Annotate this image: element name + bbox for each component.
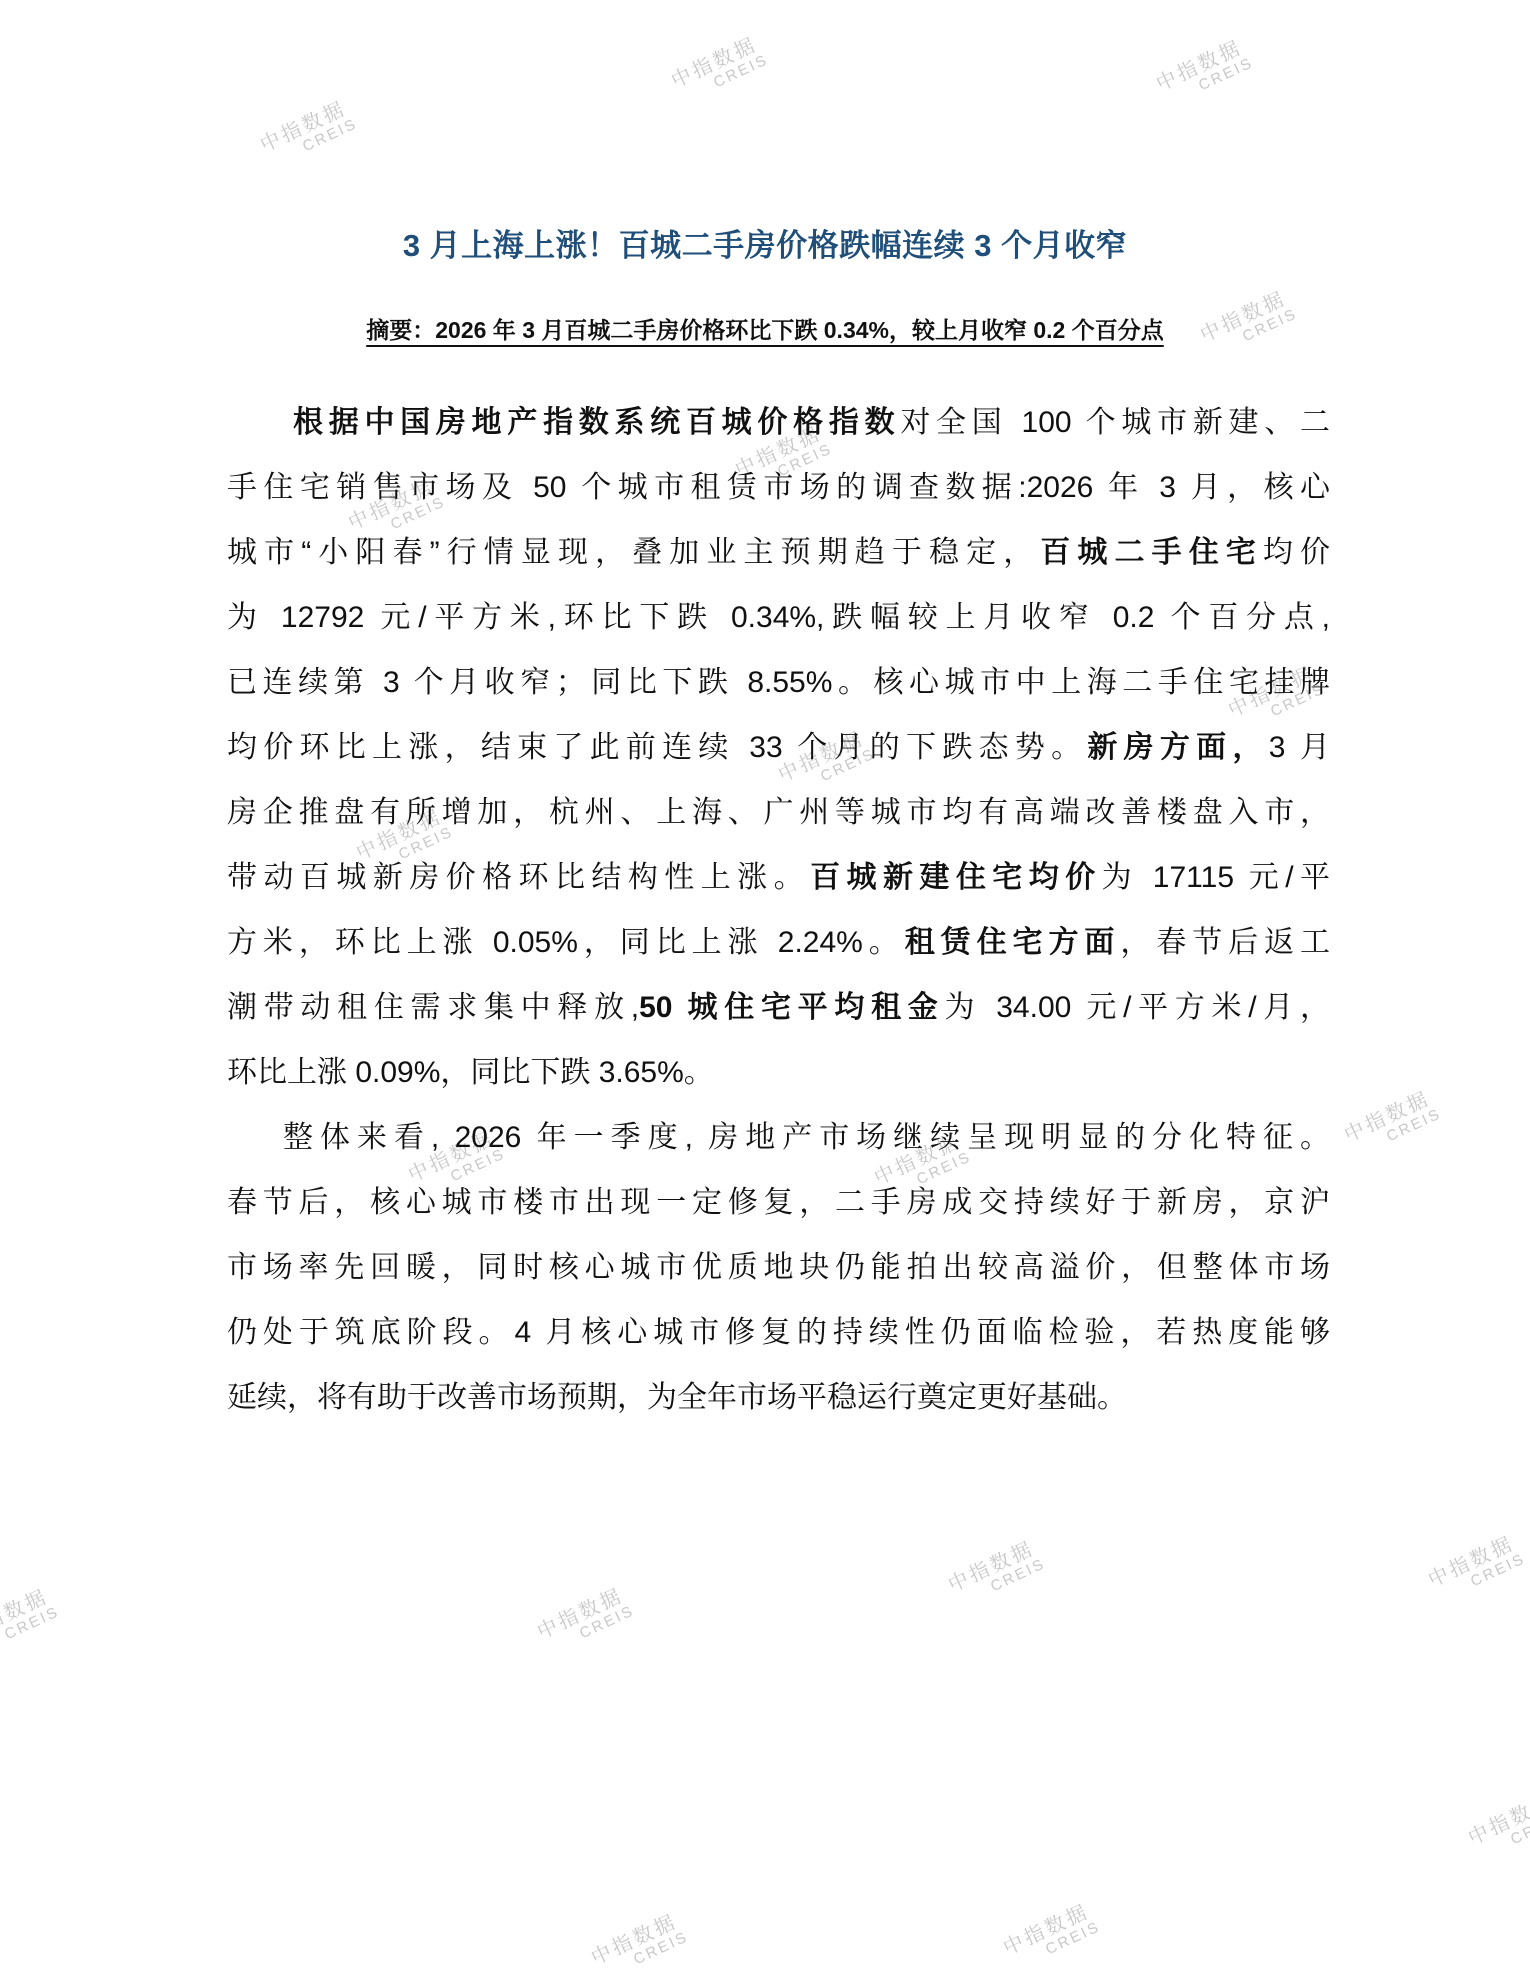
body-text-bold: 新房方面， <box>1087 731 1268 764</box>
body-text: 均价环比上涨，结束了此前连续 33 个月的下跌态势。 <box>227 731 1087 764</box>
watermark-text-en: CREIS <box>1469 1551 1529 1591</box>
creis-watermark: 中指数据CREIS <box>1341 1088 1441 1162</box>
body-text-bold: 百城新建住宅均价 <box>810 861 1102 894</box>
creis-watermark: 中指数据CREIS <box>257 98 357 172</box>
watermark-text-en: CREIS <box>578 1603 638 1643</box>
body-text: 市场率先回暖，同时核心城市优质地块仍能拍出较高溢价，但整体市场 <box>227 1251 1330 1284</box>
body-line: 环比上涨 0.09%，同比下跌 3.65%。 <box>227 1040 1330 1105</box>
watermark-text-cn: 中指数据 <box>1341 1088 1434 1147</box>
creis-watermark: 中指数据CREIS <box>945 1538 1045 1612</box>
watermark-text-cn: 中指数据 <box>0 1586 52 1645</box>
watermark-text-cn: 中指数据 <box>1153 37 1246 96</box>
creis-watermark: 中指数据CREIS <box>1000 1901 1100 1975</box>
body-text-bold: 根据中国房地产指数系统百城价格指数 <box>293 406 900 439</box>
watermark-text-en: CREIS <box>712 52 772 92</box>
watermark-text-cn: 中指数据 <box>534 1585 627 1644</box>
body-line: 整体来看, 2026 年一季度, 房地产市场继续呈现明显的分化特征。 <box>227 1105 1330 1170</box>
body-line: 手住宅销售市场及 50 个城市租赁市场的调查数据:2026 年 3 月，核心 <box>227 455 1330 520</box>
body-line: 仍处于筑底阶段。4 月核心城市修复的持续性仍面临检验，若热度能够 <box>227 1300 1330 1365</box>
body-text: 房企推盘有所增加，杭州、上海、广州等城市均有高端改善楼盘入市， <box>227 796 1330 829</box>
body-line: 春节后，核心城市楼市出现一定修复，二手房成交持续好于新房，京沪 <box>227 1170 1330 1235</box>
article-body: 根据中国房地产指数系统百城价格指数对全国 100 个城市新建、二手住宅销售市场及… <box>227 390 1330 1430</box>
body-text: 为 34.00 元/平方米/月， <box>945 991 1331 1024</box>
creis-watermark: 中指数据CREIS <box>534 1585 634 1659</box>
watermark-text-en: CREIS <box>3 1604 63 1644</box>
watermark-text-en: CREIS <box>632 1929 692 1969</box>
creis-watermark: 中指数据CREIS <box>668 34 768 108</box>
body-line: 潮带动租住需求集中释放,50 城住宅平均租金为 34.00 元/平方米/月， <box>227 975 1330 1040</box>
body-text: 潮带动租住需求集中释放, <box>227 991 639 1024</box>
body-text: 已连续第 3 个月收窄；同比下跌 8.55%。核心城市中上海二手住宅挂牌 <box>227 666 1330 699</box>
body-text: 3 月 <box>1269 731 1330 764</box>
body-line: 带动百城新房价格环比结构性上涨。百城新建住宅均价为 17115 元/平 <box>227 845 1330 910</box>
creis-watermark: 中指数据CREIS <box>1153 37 1253 111</box>
watermark-text-en: CREIS <box>989 1556 1049 1596</box>
creis-watermark: 中指数据CREIS <box>0 1586 59 1660</box>
body-line: 房企推盘有所增加，杭州、上海、广州等城市均有高端改善楼盘入市， <box>227 780 1330 845</box>
watermark-text-cn: 中指数据 <box>945 1538 1038 1597</box>
creis-watermark: 中指数据CREIS <box>588 1911 688 1980</box>
body-line: 已连续第 3 个月收窄；同比下跌 8.55%。核心城市中上海二手住宅挂牌 <box>227 650 1330 715</box>
document-page: 中指数据CREIS中指数据CREIS中指数据CREIS中指数据CREIS中指数据… <box>0 0 1530 1980</box>
body-text: 环比上涨 0.09%，同比下跌 3.65%。 <box>227 1056 714 1089</box>
body-text: 手住宅销售市场及 50 个城市租赁市场的调查数据:2026 年 3 月，核心 <box>227 471 1330 504</box>
watermark-text-cn: 中指数据 <box>668 34 761 93</box>
watermark-text-en: CREIS <box>301 116 361 156</box>
body-text: 对全国 100 个城市新建、二 <box>900 406 1330 439</box>
body-text: 仍处于筑底阶段。4 月核心城市修复的持续性仍面临检验，若热度能够 <box>227 1316 1330 1349</box>
watermark-text-cn: 中指数据 <box>1425 1533 1518 1592</box>
page-title: 3 月上海上涨！百城二手房价格跌幅连续 3 个月收窄 <box>0 224 1530 268</box>
body-line: 为 12792 元/平方米,环比下跌 0.34%,跌幅较上月收窄 0.2 个百分… <box>227 585 1330 650</box>
watermark-text-cn: 中指数据 <box>1465 1791 1530 1850</box>
watermark-text-cn: 中指数据 <box>588 1911 681 1970</box>
body-text: 延续，将有助于改善市场预期，为全年市场平稳运行奠定更好基础。 <box>227 1381 1127 1414</box>
creis-watermark: 中指数据CREIS <box>1425 1533 1525 1607</box>
body-line: 城市“小阳春”行情显现，叠加业主预期趋于稳定，百城二手住宅均价 <box>227 520 1330 585</box>
body-text: 带动百城新房价格环比结构性上涨。 <box>227 861 810 894</box>
body-text: 整体来看, 2026 年一季度, 房地产市场继续呈现明显的分化特征。 <box>283 1121 1330 1154</box>
summary-line: 摘要：2026 年 3 月百城二手房价格环比下跌 0.34%，较上月收窄 0.2… <box>0 313 1530 347</box>
body-text-bold: 百城二手住宅 <box>1040 536 1263 569</box>
watermark-text-en: CREIS <box>1044 1919 1104 1959</box>
body-text: 为 12792 元/平方米,环比下跌 0.34%,跌幅较上月收窄 0.2 个百分… <box>227 601 1330 634</box>
body-text-bold: 50 城住宅平均租金 <box>639 991 944 1024</box>
body-text: 城市“小阳春”行情显现，叠加业主预期趋于稳定， <box>227 536 1040 569</box>
watermark-text-en: CREIS <box>1385 1106 1445 1146</box>
body-text: 为 17115 元/平 <box>1102 861 1330 894</box>
body-line: 延续，将有助于改善市场预期，为全年市场平稳运行奠定更好基础。 <box>227 1365 1330 1430</box>
watermark-text-cn: 中指数据 <box>1000 1901 1093 1960</box>
body-text-bold: 租赁住宅方面 <box>905 926 1121 959</box>
body-line: 根据中国房地产指数系统百城价格指数对全国 100 个城市新建、二 <box>227 390 1330 455</box>
watermark-text-cn: 中指数据 <box>257 98 350 157</box>
body-text: ，春节后返工 <box>1120 926 1330 959</box>
creis-watermark: 中指数据CREIS <box>1465 1791 1530 1865</box>
body-line: 市场率先回暖，同时核心城市优质地块仍能拍出较高溢价，但整体市场 <box>227 1235 1330 1300</box>
body-line: 均价环比上涨，结束了此前连续 33 个月的下跌态势。新房方面，3 月 <box>227 715 1330 780</box>
body-line: 方米，环比上涨 0.05%，同比上涨 2.24%。租赁住宅方面，春节后返工 <box>227 910 1330 975</box>
body-text: 春节后，核心城市楼市出现一定修复，二手房成交持续好于新房，京沪 <box>227 1186 1330 1219</box>
watermark-text-en: CREIS <box>1197 55 1257 95</box>
body-text: 均价 <box>1263 536 1330 569</box>
body-text: 方米，环比上涨 0.05%，同比上涨 2.24%。 <box>227 926 905 959</box>
watermark-text-en: CREIS <box>1509 1809 1530 1849</box>
